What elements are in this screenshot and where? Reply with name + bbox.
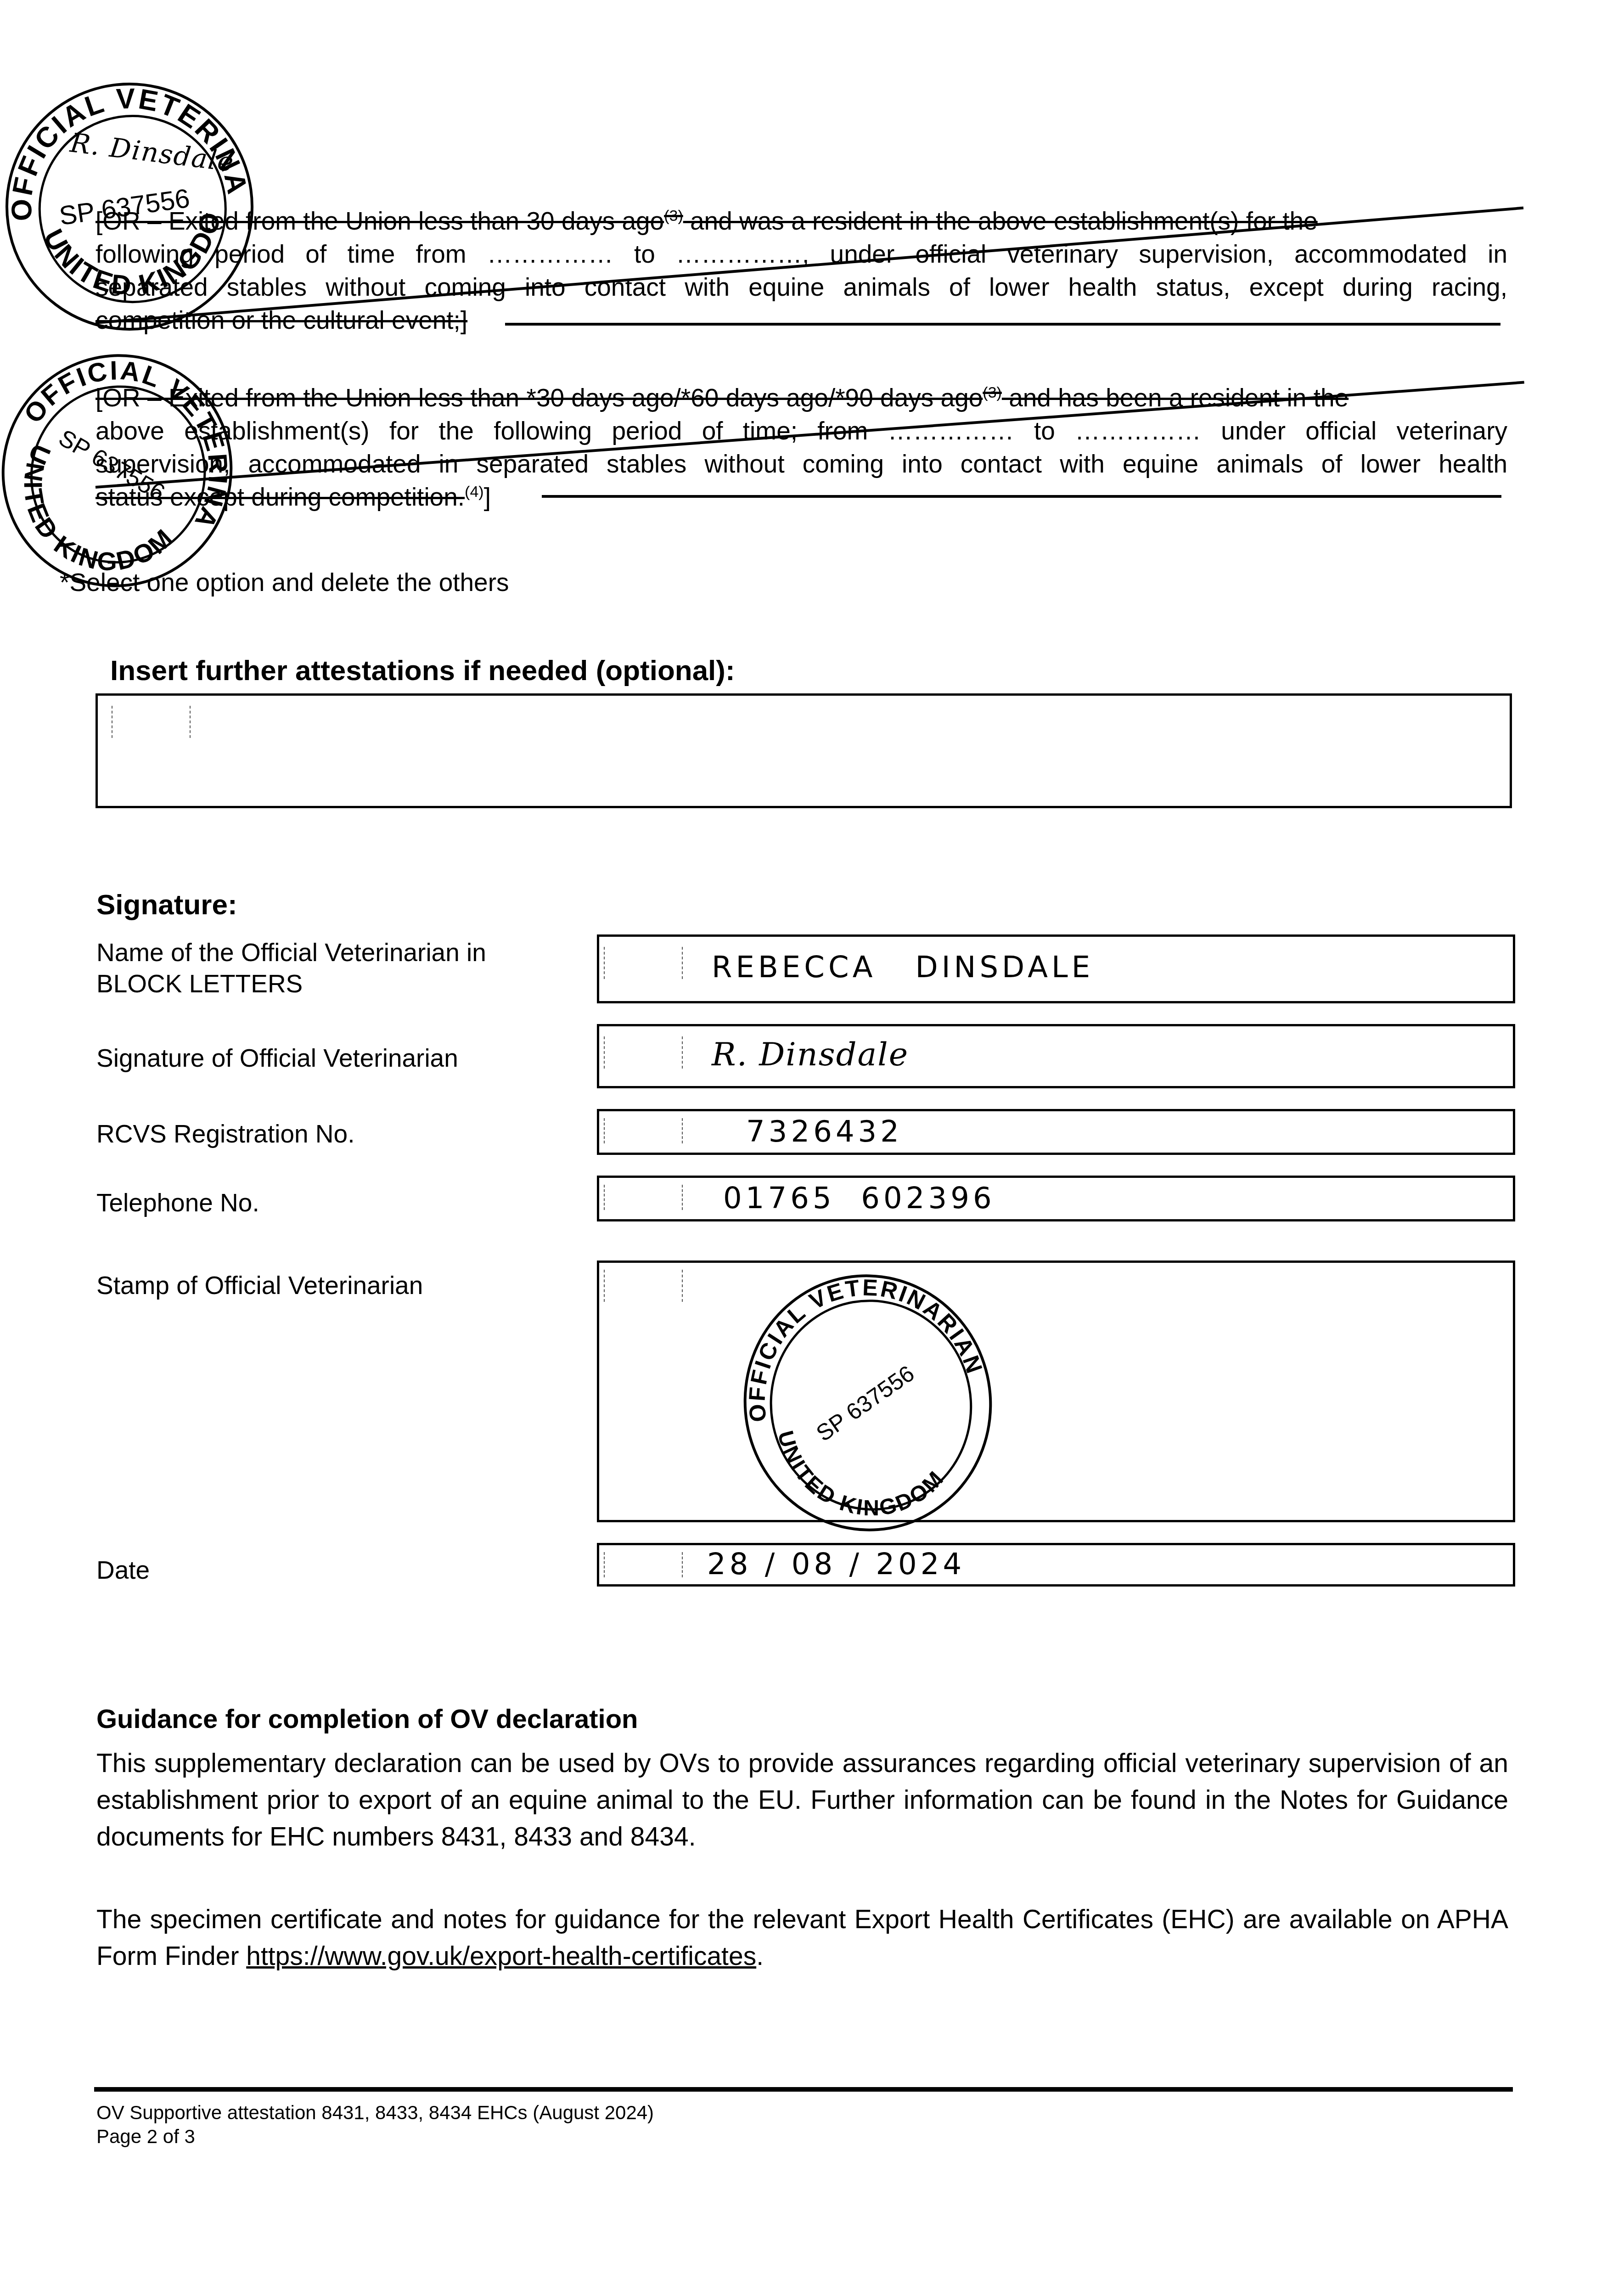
stamp-label: Stamp of Official Veterinarian (96, 1270, 423, 1301)
signature-field[interactable]: R. Dinsdale (597, 1024, 1515, 1088)
option-b-line3: supervision, accommodated in separated s… (96, 447, 1507, 480)
footer-page-number: Page 2 of 3 (96, 2125, 654, 2149)
strike-line (505, 323, 1500, 326)
strike-line (542, 495, 1501, 498)
attestation-option-b: [OR – Exited from the Union less than *3… (96, 381, 1507, 513)
option-a-line1: [OR – Exited from the Union less than 30… (96, 204, 1507, 237)
guidance-paragraph-2: The specimen certificate and notes for g… (96, 1901, 1508, 1975)
option-b-line2: above establishment(s) for the following… (96, 414, 1507, 447)
footer-divider (94, 2087, 1513, 2092)
rcvs-value: 7326432 (746, 1115, 903, 1149)
name-field[interactable]: REBECCA DINSDALE (597, 934, 1515, 1003)
further-attestations-input[interactable] (96, 693, 1512, 808)
rcvs-field[interactable]: 7326432 (597, 1109, 1515, 1155)
guidance-paragraph-1: This supplementary declaration can be us… (96, 1745, 1508, 1855)
option-a-line3: separated stables without coming into co… (96, 270, 1507, 304)
date-field[interactable]: 28 / 08 / 2024 (597, 1543, 1515, 1587)
official-stamp-3: OFFICIAL VETERINARIAN UNITED KINGDOM SP … (723, 1255, 1012, 1551)
name-value: REBECCA DINSDALE (712, 951, 1094, 985)
date-value: 28 / 08 / 2024 (707, 1548, 965, 1581)
footer-document-title: OV Supportive attestation 8431, 8433, 84… (96, 2101, 654, 2125)
rcvs-label: RCVS Registration No. (96, 1118, 354, 1149)
date-label: Date (96, 1554, 150, 1586)
signature-heading: Signature: (96, 889, 237, 921)
further-attestations-heading: Insert further attestations if needed (o… (110, 654, 735, 687)
telephone-label: Telephone No. (96, 1187, 259, 1218)
name-label: Name of the Official Veterinarian in BLO… (96, 937, 486, 999)
export-health-certificates-link[interactable]: https://www.gov.uk/export-health-certifi… (246, 1941, 756, 1971)
svg-text:UNITED KINGDOM: UNITED KINGDOM (772, 1404, 954, 1536)
telephone-field[interactable]: 01765 602396 (597, 1176, 1515, 1221)
attestation-option-a: [OR – Exited from the Union less than 30… (96, 204, 1507, 337)
signature-label: Signature of Official Veterinarian (96, 1042, 458, 1074)
guidance-heading: Guidance for completion of OV declaratio… (96, 1704, 638, 1734)
official-stamp-1: OFFICIAL VETERINARIAN UNITED KINGDOM SP … (0, 67, 270, 347)
option-a-line4: competition or the cultural event;] (96, 304, 1507, 337)
telephone-value: 01765 602396 (723, 1182, 995, 1216)
footer: OV Supportive attestation 8431, 8433, 84… (96, 2101, 654, 2149)
signature-value: R. Dinsdale (712, 1035, 909, 1073)
